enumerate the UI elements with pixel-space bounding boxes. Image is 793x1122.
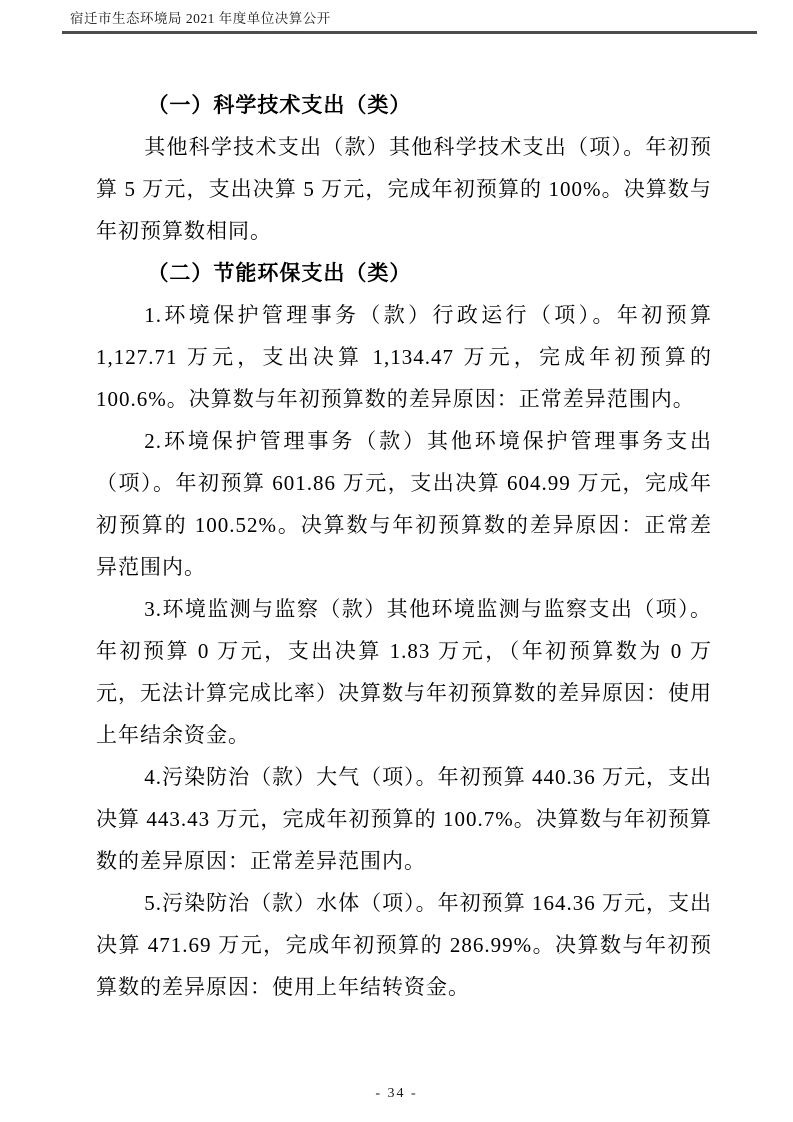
page-header: 宿迁市生态环境局 2021 年度单位决算公开 [62,10,757,34]
paragraph-env-admin-other: 2.环境保护管理事务（款）其他环境保护管理事务支出（项）。年初预算 601.86… [96,420,712,588]
section-heading-energy-env: （二）节能环保支出（类） [96,252,712,294]
paragraph-env-monitoring: 3.环境监测与监察（款）其他环境监测与监察支出（项）。年初预算 0 万元，支出决… [96,588,712,756]
document-body: （一）科学技术支出（类） 其他科学技术支出（款）其他科学技术支出（项）。年初预算… [96,84,712,1008]
paragraph-science-tech-detail: 其他科学技术支出（款）其他科学技术支出（项）。年初预算 5 万元，支出决算 5 … [96,126,712,252]
document-page: 宿迁市生态环境局 2021 年度单位决算公开 （一）科学技术支出（类） 其他科学… [0,0,793,1122]
page-number: - 34 - [375,1086,417,1101]
paragraph-env-admin-operation: 1.环境保护管理事务（款）行政运行（项）。年初预算 1,127.71 万元，支出… [96,294,712,420]
section-heading-science-tech: （一）科学技术支出（类） [96,84,712,126]
header-title: 宿迁市生态环境局 2021 年度单位决算公开 [62,10,331,28]
page-footer: - 34 - [0,1084,793,1102]
paragraph-pollution-water: 5.污染防治（款）水体（项）。年初预算 164.36 万元，支出决算 471.6… [96,882,712,1008]
paragraph-pollution-air: 4.污染防治（款）大气（项）。年初预算 440.36 万元，支出决算 443.4… [96,756,712,882]
